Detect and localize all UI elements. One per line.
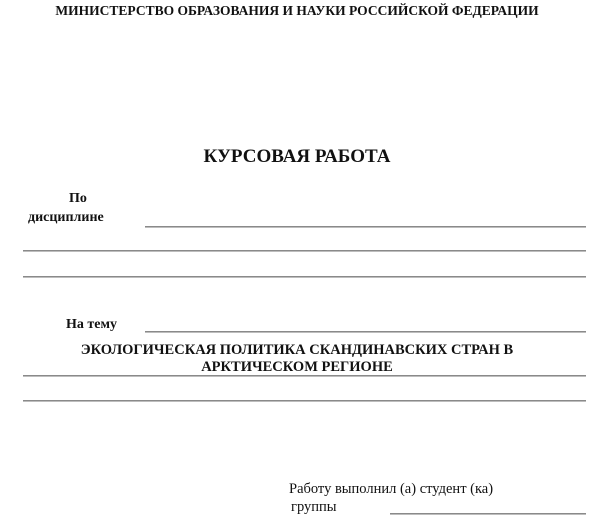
ministry-header: МИНИСТЕРСТВО ОБРАЗОВАНИЯ И НАУКИ РОССИЙС… <box>0 3 594 19</box>
document-title: КУРСОВАЯ РАБОТА <box>0 146 594 168</box>
topic-extra-line-2[interactable] <box>23 400 586 402</box>
discipline-field-line[interactable] <box>145 226 586 228</box>
topic-text: ЭКОЛОГИЧЕСКАЯ ПОЛИТИКА СКАНДИНАВСКИХ СТР… <box>0 342 594 376</box>
student-label: Работу выполнил (а) студент (ка) <box>289 481 493 498</box>
group-label: группы <box>291 499 337 516</box>
topic-line-1: ЭКОЛОГИЧЕСКАЯ ПОЛИТИКА СКАНДИНАВСКИХ СТР… <box>0 342 594 359</box>
discipline-extra-line-1[interactable] <box>23 250 586 252</box>
discipline-extra-line-2[interactable] <box>23 276 586 278</box>
topic-line-2: АРКТИЧЕСКОМ РЕГИОНЕ <box>0 359 594 376</box>
discipline-label-line2: дисциплине <box>28 210 104 226</box>
group-field-line[interactable] <box>390 513 586 515</box>
topic-extra-line-1[interactable] <box>23 375 586 377</box>
discipline-label-line1: По <box>69 191 87 207</box>
topic-label: На тему <box>66 317 117 333</box>
topic-field-line[interactable] <box>145 331 586 333</box>
